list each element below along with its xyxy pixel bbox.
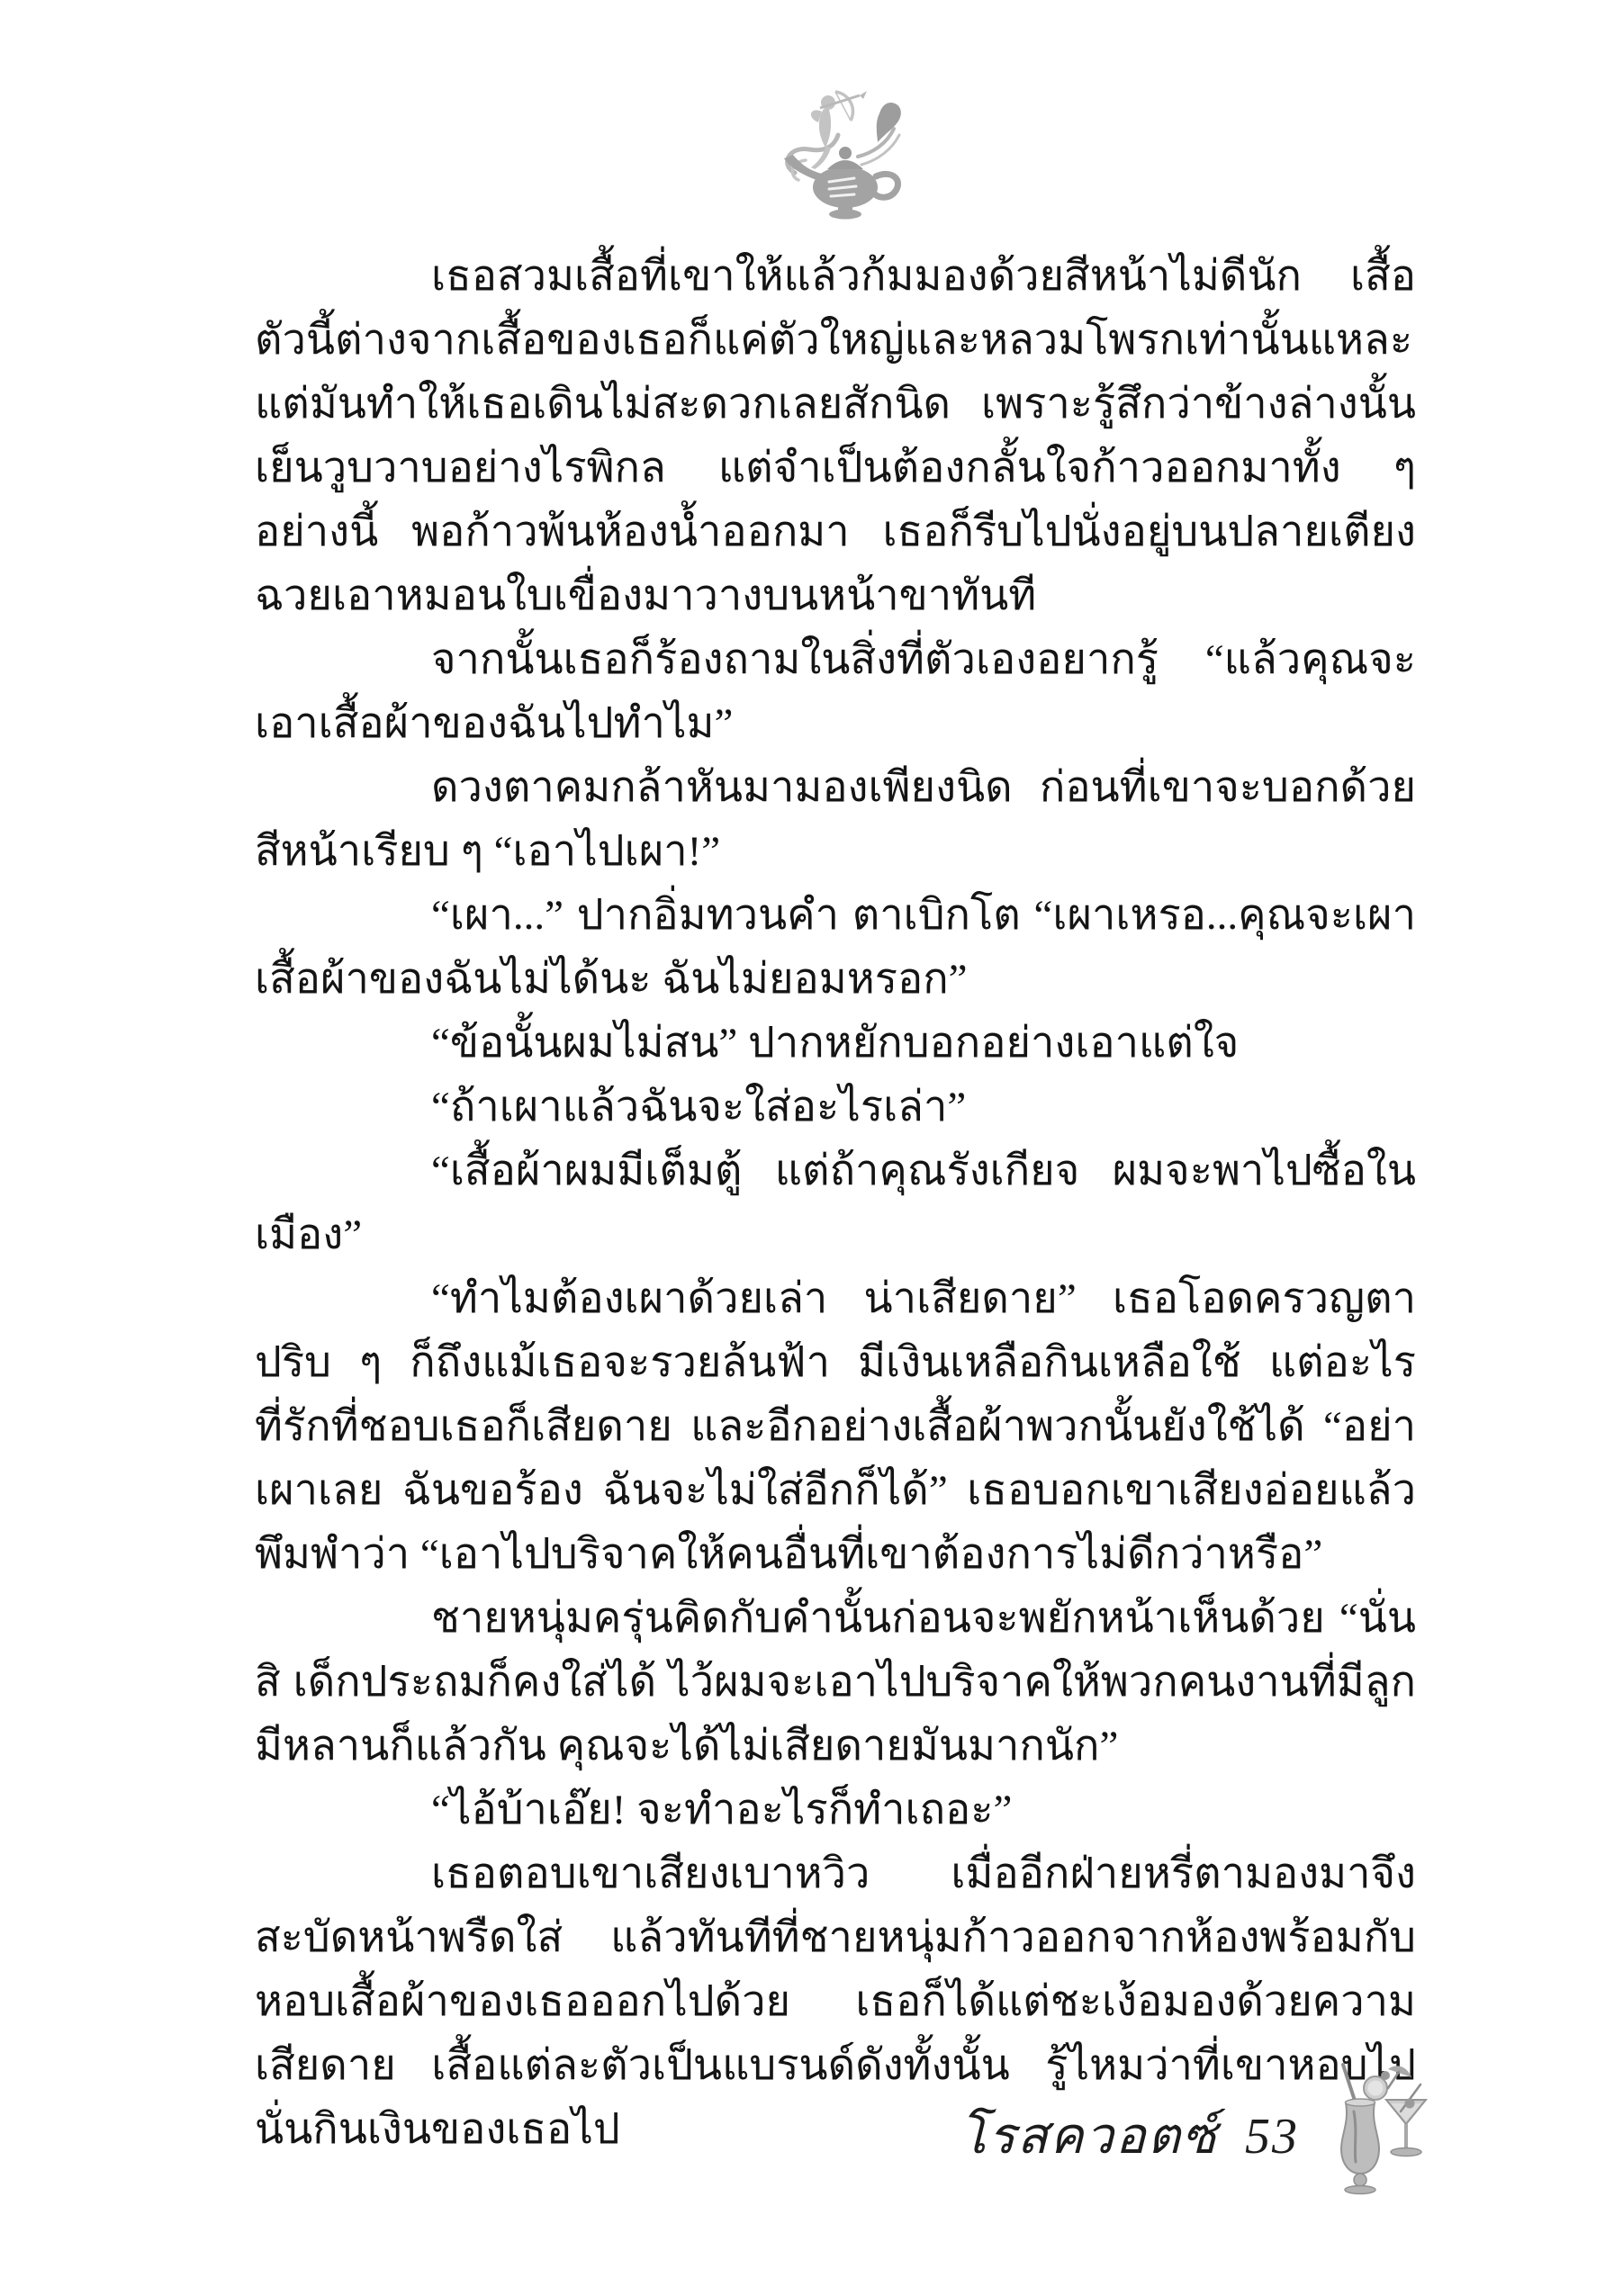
story-text: เธอสวมเสื้อที่เขาให้แล้วก้มมองด้วยสีหน้า… <box>255 245 1416 2162</box>
paragraph: ดวงตาคมกล้าหันมามองเพียงนิด ก่อนที่เขาจะ… <box>255 756 1416 884</box>
book-title: โรสควอตซ์ <box>960 2109 1218 2165</box>
cocktail-glasses-icon <box>1316 2061 1429 2196</box>
paragraph: “ถ้าเผาแล้วฉันจะใส่อะไรเล่า” <box>255 1076 1416 1139</box>
paragraph: “ข้อนั้นผมไม่สน” ปากหยักบอกอย่างเอาแต่ใจ <box>255 1012 1416 1076</box>
paragraph: “เผา...” ปากอิ่มทวนคำ ตาเบิกโต “เผาเหรอ.… <box>255 884 1416 1012</box>
paragraph: จากนั้นเธอก็ร้องถามในสิ่งที่ตัวเองอยากรู… <box>255 628 1416 756</box>
page-number: 53 <box>1245 2109 1299 2165</box>
paragraph: เธอสวมเสื้อที่เขาให้แล้วก้มมองด้วยสีหน้า… <box>255 245 1416 628</box>
book-page: เธอสวมเสื้อที่เขาให้แล้วก้มมองด้วยสีหน้า… <box>0 0 1605 2296</box>
paragraph: ชายหนุ่มครุ่นคิดกับคำนั้นก่อนจะพยักหน้าเ… <box>255 1587 1416 1778</box>
cocktail-illustration <box>1316 2061 1429 2196</box>
paragraph: “เสื้อผ้าผมมีเต็มตู้ แต่ถ้าคุณรังเกียจ ผ… <box>255 1139 1416 1267</box>
running-footer: โรสควอตซ์53 <box>960 2095 1299 2175</box>
paragraph: “ไอ้บ้าเอ๊ย! จะทำอะไรก็ทำเถอะ” <box>255 1778 1416 1842</box>
paragraph: “ทำไมต้องเผาด้วยเล่า น่าเสียดาย” เธอโอดค… <box>255 1267 1416 1587</box>
lamp-cupid-ornament <box>779 79 909 228</box>
page-footer: โรสควอตซ์53 <box>0 2052 1605 2259</box>
genie-lamp-cupid-heart-icon <box>779 79 909 228</box>
